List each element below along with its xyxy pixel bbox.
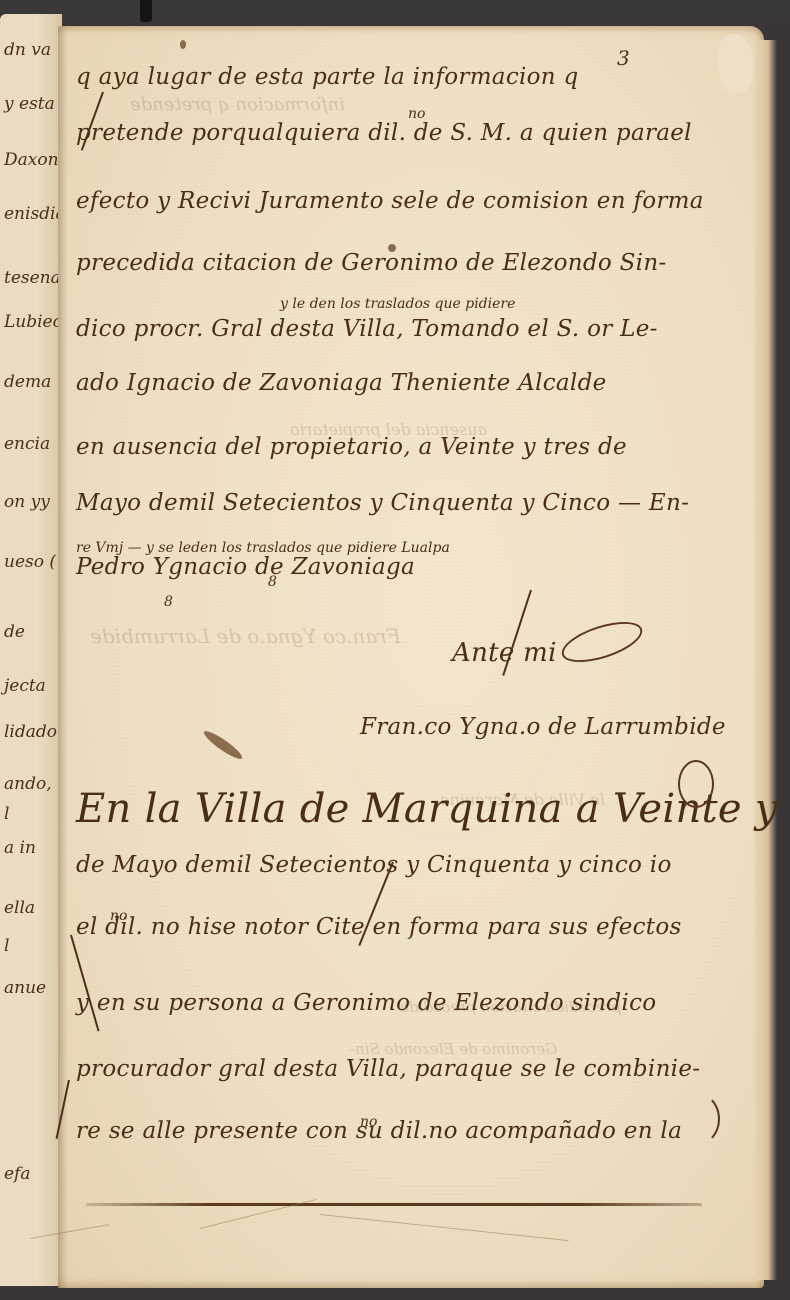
- facing-page-fragment: Lubiec: [4, 312, 62, 332]
- manuscript-line: el dil. no hise notor Cite en forma para…: [76, 914, 682, 940]
- bleed-through-text: informacion q pretende: [130, 94, 345, 115]
- signature-flourish: [678, 760, 714, 808]
- manuscript-line: en ausencia del propietario, a Veinte y …: [76, 434, 627, 460]
- binding-clip: [140, 0, 152, 22]
- facing-page-fragment: lidado: [4, 722, 57, 742]
- torn-right-edge: [755, 40, 777, 1280]
- interlinear-insert: re Vmj — y se leden los traslados que pi…: [76, 540, 450, 556]
- facing-page-fragment: Daxon: [4, 150, 59, 170]
- manuscript-line: precedida citacion de Geronimo de Elezon…: [76, 250, 667, 276]
- interlinear-insert: no: [110, 908, 127, 924]
- facing-page-fragment: l: [4, 936, 9, 956]
- interlinear-insert: 8: [268, 574, 277, 590]
- facing-page-fragment: on yy: [4, 492, 50, 512]
- facing-page-fragment: dema: [4, 372, 51, 392]
- facing-page-fragment: ueso (: [4, 552, 56, 572]
- facing-page-fragment: tesena: [4, 268, 61, 288]
- bleed-through-text: Fran.co Ygna.o de Larrumbide: [90, 624, 401, 648]
- interlinear-insert: y le den los traslados que pidiere: [280, 296, 515, 312]
- background-top: [0, 0, 790, 22]
- facing-page-left: dn vay estaDaxonenisdiatesenaLubiecdemae…: [0, 14, 62, 1286]
- manuscript-line: re se alle presente con su dil.no acompa…: [76, 1118, 682, 1144]
- signature-flourish: [672, 1092, 720, 1146]
- facing-page-fragment: anue: [4, 978, 46, 998]
- manuscript-line: Pedro Ygnacio de Zavoniaga: [76, 554, 415, 580]
- manuscript-line: procurador gral desta Villa, paraque se …: [76, 1056, 700, 1082]
- manuscript-line: Mayo demil Setecientos y Cinquenta y Cin…: [76, 490, 689, 516]
- manuscript-line: efecto y Recivi Juramento sele de comisi…: [76, 188, 704, 214]
- interlinear-insert: no: [360, 1114, 377, 1130]
- facing-page-fragment: dn va: [4, 40, 51, 60]
- manuscript-line: y en su persona a Geronimo de Elezondo s…: [76, 990, 656, 1016]
- closing-rule-line: [86, 1203, 702, 1206]
- manuscript-line: de Mayo demil Setecientos y Cinquenta y …: [76, 852, 672, 878]
- interlinear-insert: no: [408, 106, 425, 122]
- manuscript-line: Fran.co Ygna.o de Larrumbide: [360, 714, 726, 740]
- manuscript-line: q aya lugar de esta parte la informacion…: [76, 64, 579, 90]
- manuscript-line: dico procr. Gral desta Villa, Tomando el…: [76, 316, 658, 342]
- facing-page-fragment: ando,: [4, 774, 52, 794]
- facing-page-fragment: a in: [4, 838, 36, 858]
- facing-page-fragment: jecta: [4, 676, 46, 696]
- ink-blot: [388, 244, 396, 252]
- facing-page-fragment: efa: [4, 1164, 31, 1184]
- facing-page-fragment: de: [4, 622, 25, 642]
- manuscript-page: [58, 26, 764, 1288]
- interlinear-insert: 8: [164, 594, 173, 610]
- facing-page-fragment: ella: [4, 898, 35, 918]
- manuscript-line: ado Ignacio de Zavoniaga Theniente Alcal…: [76, 370, 607, 396]
- facing-page-fragment: enisdia: [4, 204, 66, 224]
- folio-number: 3: [617, 46, 630, 70]
- ink-blot: [180, 40, 186, 49]
- manuscript-line: Ante mi: [452, 638, 557, 668]
- facing-page-fragment: encia: [4, 434, 50, 454]
- manuscript-line: pretende porqualquiera dil. de S. M. a q…: [76, 120, 692, 146]
- facing-page-fragment: y esta: [4, 94, 55, 114]
- facing-page-fragment: l: [4, 804, 9, 824]
